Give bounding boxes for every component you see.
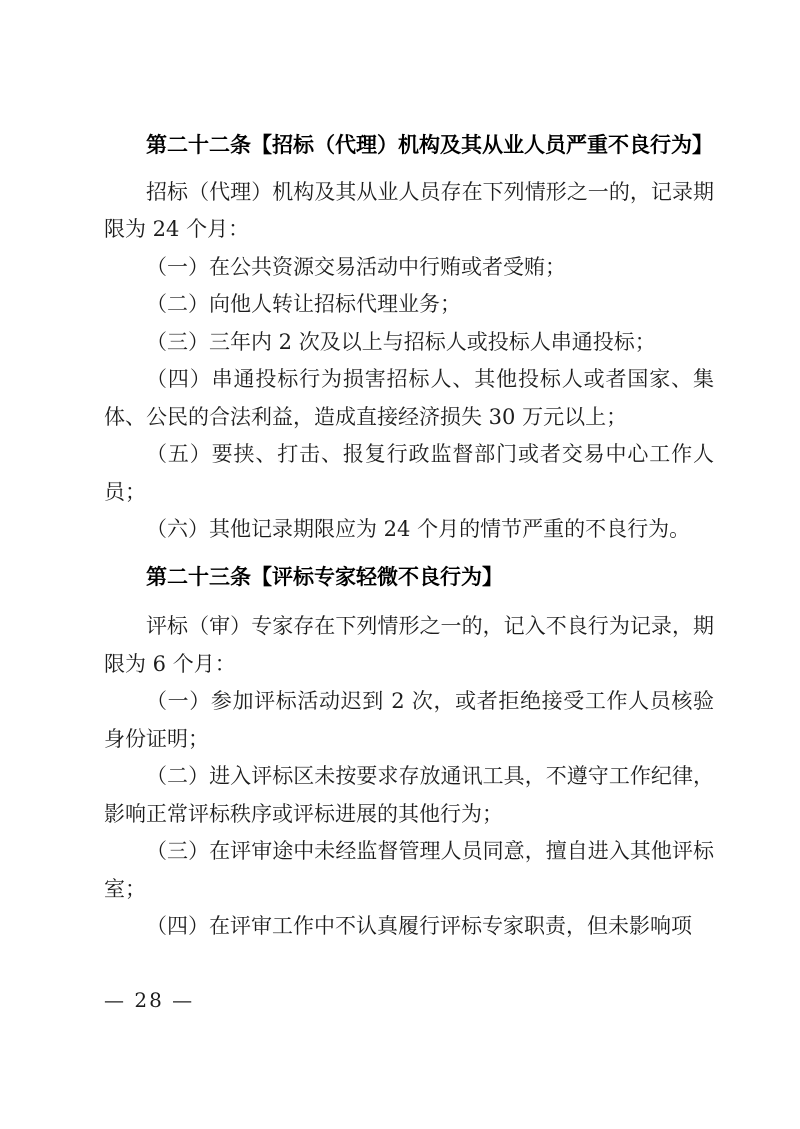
article-22-intro: 招标（代理）机构及其从业人员存在下列情形之一的，记录期限为 24 个月： — [104, 174, 714, 249]
article-22-item-4: （四）串通投标行为损害招标人、其他投标人或者国家、集体、公民的合法利益，造成直接… — [104, 361, 714, 436]
article-23-intro: 评标（审）专家存在下列情形之一的，记入不良行为记录，期限为 6 个月： — [104, 608, 714, 683]
document-body: 第二十二条【招标（代理）机构及其从业人员严重不良行为】 招标（代理）机构及其从业… — [104, 118, 714, 946]
article-22-item-2: （二）向他人转让招标代理业务； — [104, 286, 714, 324]
article-22-item-5: （五）要挟、打击、报复行政监督部门或者交易中心工作人员； — [104, 436, 714, 511]
article-22-heading: 第二十二条【招标（代理）机构及其从业人员严重不良行为】 — [104, 126, 714, 164]
page-number: — 28 — — [104, 988, 194, 1012]
document-page: 第二十二条【招标（代理）机构及其从业人员严重不良行为】 招标（代理）机构及其从业… — [0, 0, 800, 1129]
article-22-item-1: （一）在公共资源交易活动中行贿或者受贿； — [104, 249, 714, 287]
article-23-item-3: （三）在评审途中未经监督管理人员同意，擅自进入其他评标室； — [104, 833, 714, 908]
article-23-heading: 第二十三条【评标专家轻微不良行为】 — [104, 558, 714, 596]
article-22-item-6: （六）其他记录期限应为 24 个月的情节严重的不良行为。 — [104, 511, 714, 549]
article-22-item-3: （三）三年内 2 次及以上与招标人或投标人串通投标； — [104, 324, 714, 362]
article-23-item-1: （一）参加评标活动迟到 2 次，或者拒绝接受工作人员核验身份证明； — [104, 683, 714, 758]
article-23-item-4: （四）在评审工作中不认真履行评标专家职责，但未影响项 — [104, 908, 714, 946]
article-23-item-2: （二）进入评标区未按要求存放通讯工具，不遵守工作纪律，影响正常评标秩序或评标进展… — [104, 758, 714, 833]
